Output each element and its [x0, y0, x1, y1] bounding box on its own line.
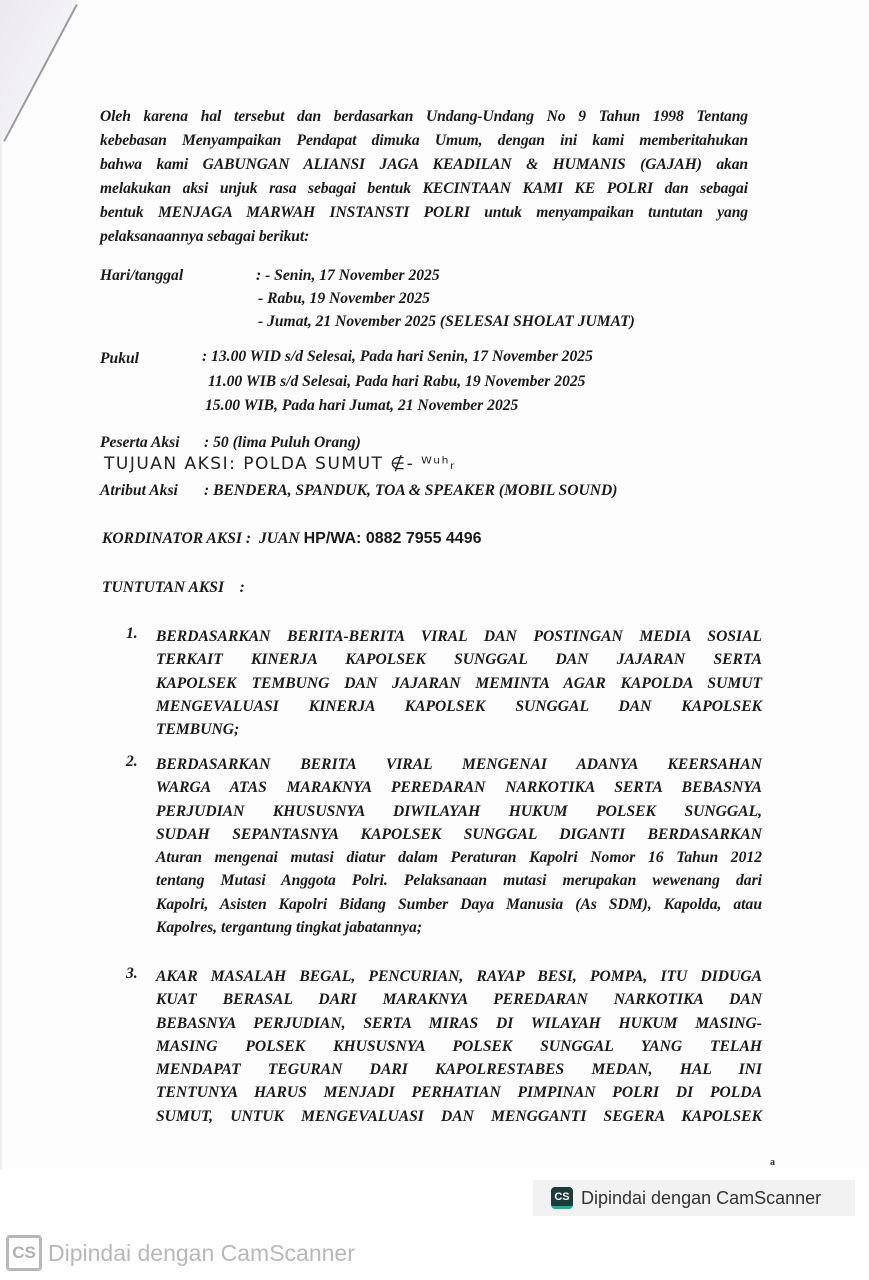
intro-paragraph: Oleh karena hal tersebut dan berdasarkan…	[100, 105, 748, 249]
peserta-label: Peserta Aksi	[100, 434, 180, 452]
scan-edge	[0, 0, 2, 1170]
intro-line: bahwa kami GABUNGAN ALIANSI JAGA KEADILA…	[100, 153, 748, 177]
camscanner-badge-text: Dipindai dengan CamScanner	[581, 1188, 821, 1209]
camscanner-badge: CS Dipindai dengan CamScanner	[533, 1180, 855, 1216]
tuntutan-number: 2.	[126, 753, 138, 771]
hari-tanggal-value-2: - Rabu, 19 November 2025	[258, 290, 430, 308]
intro-line: kebebasan Menyampaikan Pendapat dimuka U…	[100, 129, 748, 153]
tuntutan-line: PERJUDIAN KHUSUSNYA DIWILAYAH HUKUM POLS…	[156, 800, 762, 823]
tuntutan-body: BERDASARKAN BERITA-BERITA VIRAL DAN POST…	[156, 625, 762, 741]
tuntutan-line: MASING POLSEK KHUSUSNYA POLSEK SUNGGAL Y…	[156, 1035, 762, 1058]
kordinator-name: JUAN	[259, 530, 300, 547]
kordinator-contact: HP/WA: 0882 7955 4496	[304, 530, 482, 547]
scanned-page: Oleh karena hal tersebut dan berdasarkan…	[0, 0, 869, 1170]
tuntutan-line: Kapolres, tergantung tingkat jabatannya;	[156, 916, 762, 939]
tuntutan-line: BEBASNYA PERJUDIAN, SERTA MIRAS DI WILAY…	[156, 1012, 762, 1035]
tuntutan-line: MENGEVALUASI KINERJA KAPOLSEK SUNGGAL DA…	[156, 695, 762, 718]
tuntutan-body: AKAR MASALAH BEGAL, PENCURIAN, RAYAP BES…	[156, 965, 762, 1128]
tuntutan-line: Kapolri, Asisten Kapolri Bidang Sumber D…	[156, 893, 762, 916]
intro-line: melakukan aksi unjuk rasa sebagai bentuk…	[100, 177, 748, 201]
camscanner-logo-icon: CS	[551, 1187, 573, 1209]
tuntutan-line: KUAT BERASAL DARI MARAKNYA PEREDARAN NAR…	[156, 988, 762, 1011]
tuntutan-line: SUMUT, UNTUK MENGEVALUASI DAN MENGGANTI …	[156, 1105, 762, 1128]
tuntutan-number: 3.	[126, 965, 138, 983]
pukul-label: Pukul	[100, 350, 139, 368]
tuntutan-line: SUDAH SEPANTASNYA KAPOLSEK SUNGGAL DIGAN…	[156, 823, 762, 846]
tuntutan-line: KAPOLSEK TEMBUNG DAN JAJARAN MEMINTA AGA…	[156, 672, 762, 695]
pukul-value-3: 15.00 WIB, Pada hari Jumat, 21 November …	[205, 397, 518, 415]
hari-tanggal-label: Hari/tanggal	[100, 267, 183, 285]
atribut-label: Atribut Aksi	[100, 482, 178, 500]
tuntutan-label: TUNTUTAN AKSI :	[102, 579, 245, 597]
hari-tanggal-value-3: - Jumat, 21 November 2025 (SELESAI SHOLA…	[258, 313, 635, 331]
tuntutan-line: MENDAPAT TEGURAN DARI KAPOLRESTABES MEDA…	[156, 1058, 762, 1081]
tuntutan-line: Aturan mengenai mutasi diatur dalam Pera…	[156, 846, 762, 869]
pukul-value-1: : 13.00 WID s/d Selesai, Pada hari Senin…	[202, 348, 593, 366]
tuntutan-line: TENTUNYA HARUS MENJADI PERHATIAN PIMPINA…	[156, 1081, 762, 1104]
intro-line: Oleh karena hal tersebut dan berdasarkan…	[100, 105, 748, 129]
kordinator-line: KORDINATOR AKSI : JUAN HP/WA: 0882 7955 …	[102, 530, 482, 548]
tuntutan-line: TEMBUNG;	[156, 718, 762, 741]
intro-line: pelaksanaannya sebagai berikut:	[100, 225, 748, 249]
tuntutan-line: TERKAIT KINERJA KAPOLSEK SUNGGAL DAN JAJ…	[156, 648, 762, 671]
kordinator-label: KORDINATOR AKSI :	[102, 530, 251, 547]
pukul-value-2: 11.00 WIB s/d Selesai, Pada hari Rabu, 1…	[208, 373, 585, 391]
peserta-value: : 50 (lima Puluh Orang)	[204, 434, 361, 452]
tujuan-aksi-handwritten: TUJUAN AKSI: POLDA SUMUT ∉- ᵂᵘʰᵣ	[104, 454, 456, 474]
intro-line: bentuk MENJAGA MARWAH INSTANSTI POLRI un…	[100, 201, 748, 225]
camscanner-footer-text: Dipindai dengan CamScanner	[48, 1240, 355, 1267]
tuntutan-line: AKAR MASALAH BEGAL, PENCURIAN, RAYAP BES…	[156, 965, 762, 988]
atribut-value: : BENDERA, SPANDUK, TOA & SPEAKER (MOBIL…	[204, 482, 617, 500]
tuntutan-line: BERDASARKAN BERITA VIRAL MENGENAI ADANYA…	[156, 753, 762, 776]
camscanner-footer: CS Dipindai dengan CamScanner	[6, 1235, 355, 1271]
tuntutan-line: tentang Mutasi Anggota Polri. Pelaksanaa…	[156, 869, 762, 892]
tuntutan-body: BERDASARKAN BERITA VIRAL MENGENAI ADANYA…	[156, 753, 762, 939]
tuntutan-number: 1.	[126, 625, 138, 643]
tuntutan-line: WARGA ATAS MARAKNYA PEREDARAN NARKOTIKA …	[156, 776, 762, 799]
hari-tanggal-value-1: : - Senin, 17 November 2025	[256, 267, 440, 285]
page-number-mark: a	[770, 1157, 775, 1168]
tuntutan-line: BERDASARKAN BERITA-BERITA VIRAL DAN POST…	[156, 625, 762, 648]
camscanner-footer-logo-icon: CS	[6, 1235, 42, 1271]
